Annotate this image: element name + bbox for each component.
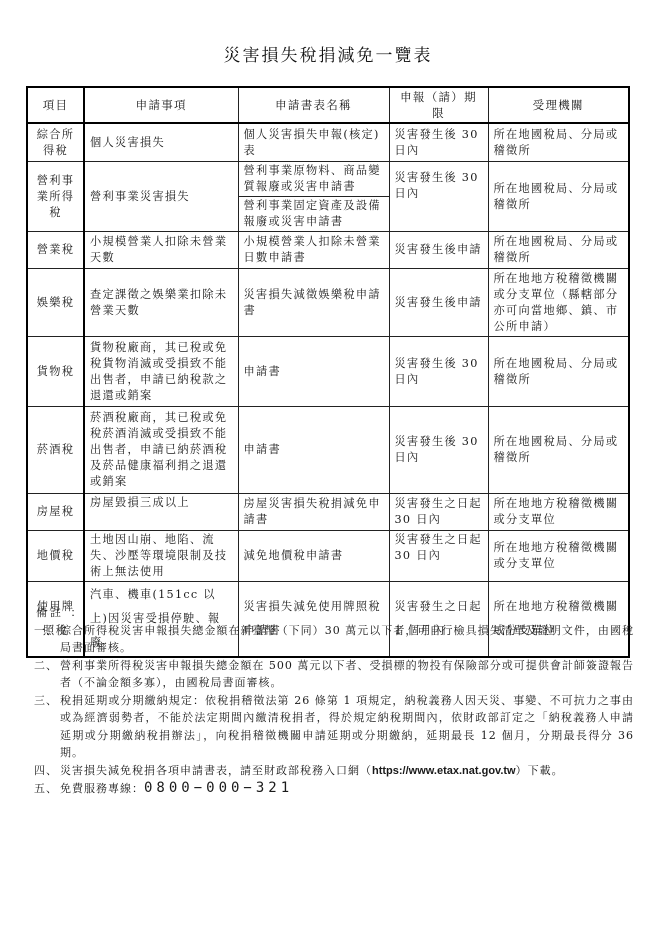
page-title: 災害損失稅捐減免一覽表 bbox=[0, 41, 656, 66]
row-matter: 查定課徵之娛樂業扣除未營業天數 bbox=[84, 269, 238, 337]
row-agency: 所在地國稅局、分局或稽徵所 bbox=[488, 123, 629, 162]
row-agency: 所在地地方稅稽徵機關或分支單位（縣轄部分亦可向當地鄉、鎮、市公所申請） bbox=[488, 269, 629, 337]
notes-section: 備註 ： 一、 綜合所得稅災害申報損失總金額在新臺幣（下同）30 萬元以下者，可… bbox=[34, 604, 634, 798]
row-deadline: 災害發生後 30 日內 bbox=[389, 162, 488, 232]
row-agency: 所在地地方稅稽徵機關或分支單位 bbox=[488, 531, 629, 582]
note-text-before: 災害損失減免稅捐各項申請書表，請至財政部稅務入口網（ bbox=[60, 764, 372, 777]
row-matter: 房屋毀損三成以上 bbox=[84, 494, 238, 531]
row-item: 地價稅 bbox=[27, 531, 84, 582]
note-text: 綜合所得稅災害申報損失總金額在新臺幣（下同）30 萬元以下者，可自行檢具損失清單… bbox=[60, 622, 634, 657]
row-matter: 土地因山崩、地陷、流失、沙壓等環境限制及技術上無法使用 bbox=[84, 531, 238, 582]
row-deadline: 災害發生後 30 日內 bbox=[389, 123, 488, 162]
table-row: 綜合所得稅 個人災害損失 個人災害損失申報(核定)表 災害發生後 30 日內 所… bbox=[27, 123, 629, 162]
note-text: 災害損失減免稅捐各項申請書表，請至財政部稅務入口網（https://www.et… bbox=[60, 762, 634, 781]
row-form: 申請書 bbox=[238, 407, 389, 494]
row-agency: 所在地地方稅稽徵機關或分支單位 bbox=[488, 494, 629, 531]
tax-relief-table: 項目 申請事項 申請書表名稱 申報（請）期限 受理機關 綜合所得稅 個人災害損失… bbox=[26, 86, 630, 658]
table-row: 房屋稅 房屋毀損三成以上 房屋災害損失稅捐減免申請書 災害發生之日起 30 日內… bbox=[27, 494, 629, 531]
row-form: 營利事業固定資產及設備報廢或災害申請書 bbox=[238, 197, 389, 232]
header-item: 項目 bbox=[27, 87, 84, 123]
note-number: 三、 bbox=[34, 692, 60, 762]
table-row: 貨物稅 貨物稅廠商，其已稅或免稅貨物消滅或受損致不能出售者，申請已納稅款之退還或… bbox=[27, 337, 629, 407]
row-item: 營利事業所得稅 bbox=[27, 162, 84, 232]
row-item: 房屋稅 bbox=[27, 494, 84, 531]
row-form: 減免地價稅申請書 bbox=[238, 531, 389, 582]
hotline-label: 免費服務專線： bbox=[60, 782, 144, 795]
row-item: 營業稅 bbox=[27, 232, 84, 269]
notes-label: 備註 ： bbox=[36, 604, 634, 622]
note-item: 四、 災害損失減免稅捐各項申請書表，請至財政部稅務入口網（https://www… bbox=[34, 762, 634, 781]
row-deadline: 災害發生後 30 日內 bbox=[389, 407, 488, 494]
note-number: 二、 bbox=[34, 657, 60, 692]
row-form: 房屋災害損失稅捐減免申請書 bbox=[238, 494, 389, 531]
etax-portal-link[interactable]: https://www.etax.nat.gov.tw bbox=[372, 765, 516, 777]
row-matter: 營利事業災害損失 bbox=[84, 162, 238, 232]
row-matter: 個人災害損失 bbox=[84, 123, 238, 162]
table-row: 營業稅 小規模營業人扣除未營業天數 小規模營業人扣除未營業日數申請書 災害發生後… bbox=[27, 232, 629, 269]
table-row: 營利事業所得稅 營利事業災害損失 營利事業原物料、商品變質報廢或災害申請書 災害… bbox=[27, 162, 629, 197]
note-number: 五、 bbox=[34, 780, 60, 798]
header-deadline: 申報（請）期限 bbox=[389, 87, 488, 123]
row-agency: 所在地國稅局、分局或稽徵所 bbox=[488, 407, 629, 494]
note-number: 一、 bbox=[34, 622, 60, 657]
note-number: 四、 bbox=[34, 762, 60, 781]
table-header-row: 項目 申請事項 申請書表名稱 申報（請）期限 受理機關 bbox=[27, 87, 629, 123]
note-item: 二、 營利事業所得稅災害申報損失總金額在 500 萬元以下者、受損標的物投有保險… bbox=[34, 657, 634, 692]
row-agency: 所在地國稅局、分局或稽徵所 bbox=[488, 232, 629, 269]
row-item: 娛樂稅 bbox=[27, 269, 84, 337]
table-row: 娛樂稅 查定課徵之娛樂業扣除未營業天數 災害損失減徵娛樂稅申請書 災害發生後申請… bbox=[27, 269, 629, 337]
note-text: 營利事業所得稅災害申報損失總金額在 500 萬元以下者、受損標的物投有保險部分或… bbox=[60, 657, 634, 692]
row-form: 小規模營業人扣除未營業日數申請書 bbox=[238, 232, 389, 269]
table-row: 地價稅 土地因山崩、地陷、流失、沙壓等環境限制及技術上無法使用 減免地價稅申請書… bbox=[27, 531, 629, 582]
header-agency: 受理機關 bbox=[488, 87, 629, 123]
row-form: 災害損失減徵娛樂稅申請書 bbox=[238, 269, 389, 337]
row-form: 個人災害損失申報(核定)表 bbox=[238, 123, 389, 162]
row-deadline: 災害發生後申請 bbox=[389, 232, 488, 269]
row-form: 營利事業原物料、商品變質報廢或災害申請書 bbox=[238, 162, 389, 197]
header-matter: 申請事項 bbox=[84, 87, 238, 123]
table-row: 菸酒稅 菸酒稅廠商，其已稅或免稅菸酒消滅或受損致不能出售者，申請已納菸酒稅及菸品… bbox=[27, 407, 629, 494]
note-item: 三、 稅捐延期或分期繳納規定：依稅捐稽徵法第 26 條第 1 項規定，納稅義務人… bbox=[34, 692, 634, 762]
row-form: 申請書 bbox=[238, 337, 389, 407]
row-matter: 菸酒稅廠商，其已稅或免稅菸酒消滅或受損致不能出售者，申請已納菸酒稅及菸品健康福利… bbox=[84, 407, 238, 494]
row-matter: 貨物稅廠商，其已稅或免稅貨物消滅或受損致不能出售者，申請已納稅款之退還或銷案 bbox=[84, 337, 238, 407]
note-text-after: ）下載。 bbox=[516, 764, 564, 777]
note-text: 免費服務專線：0800−000−321 bbox=[60, 780, 634, 798]
row-deadline: 災害發生後 30 日內 bbox=[389, 337, 488, 407]
row-agency: 所在地國稅局、分局或稽徵所 bbox=[488, 162, 629, 232]
row-deadline: 災害發生後申請 bbox=[389, 269, 488, 337]
note-item: 一、 綜合所得稅災害申報損失總金額在新臺幣（下同）30 萬元以下者，可自行檢具損… bbox=[34, 622, 634, 657]
row-matter: 小規模營業人扣除未營業天數 bbox=[84, 232, 238, 269]
note-item: 五、 免費服務專線：0800−000−321 bbox=[34, 780, 634, 798]
row-item: 貨物稅 bbox=[27, 337, 84, 407]
note-text: 稅捐延期或分期繳納規定：依稅捐稽徵法第 26 條第 1 項規定，納稅義務人因天災… bbox=[60, 692, 634, 762]
row-deadline: 災害發生之日起 30 日內 bbox=[389, 531, 488, 582]
row-item: 綜合所得稅 bbox=[27, 123, 84, 162]
row-agency: 所在地國稅局、分局或稽徵所 bbox=[488, 337, 629, 407]
header-form-name: 申請書表名稱 bbox=[238, 87, 389, 123]
row-item: 菸酒稅 bbox=[27, 407, 84, 494]
hotline-number: 0800−000−321 bbox=[144, 780, 293, 796]
row-deadline: 災害發生之日起 30 日內 bbox=[389, 494, 488, 531]
